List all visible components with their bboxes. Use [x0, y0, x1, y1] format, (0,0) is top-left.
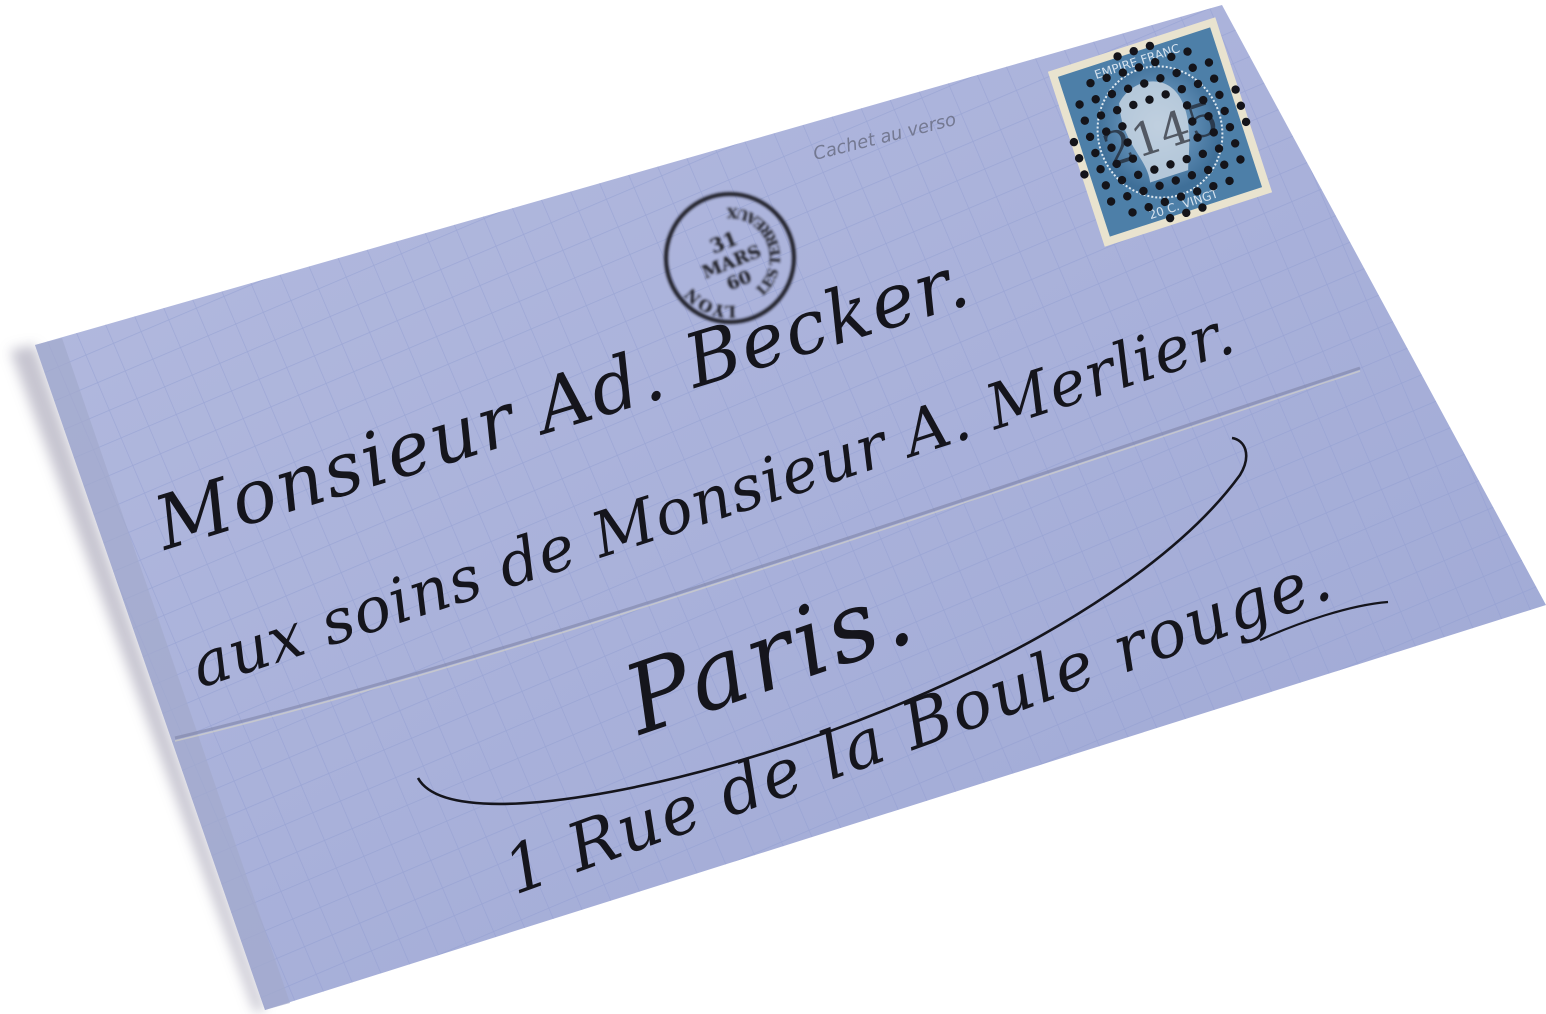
- envelope-photo: EMPIRE FRANC 20 C. VINGT 2145 Cachet au …: [0, 0, 1546, 1014]
